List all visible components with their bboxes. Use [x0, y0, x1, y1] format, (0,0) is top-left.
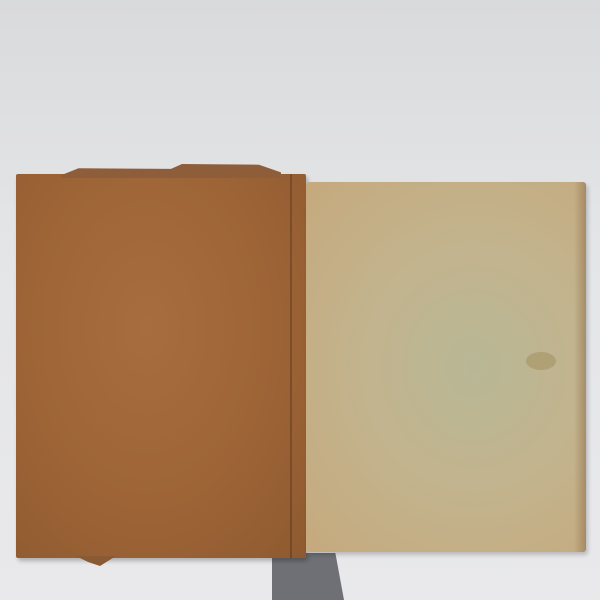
photo-scene	[0, 0, 600, 600]
torn-top-edge	[61, 164, 281, 178]
brown-slipcase	[16, 174, 306, 558]
torn-bottom-edge	[76, 556, 116, 566]
beige-book-cover	[306, 182, 586, 552]
spine-fold	[290, 174, 292, 558]
gray-surface-strip	[272, 553, 344, 600]
book-edge	[574, 182, 586, 552]
foxing-stain	[526, 352, 556, 370]
